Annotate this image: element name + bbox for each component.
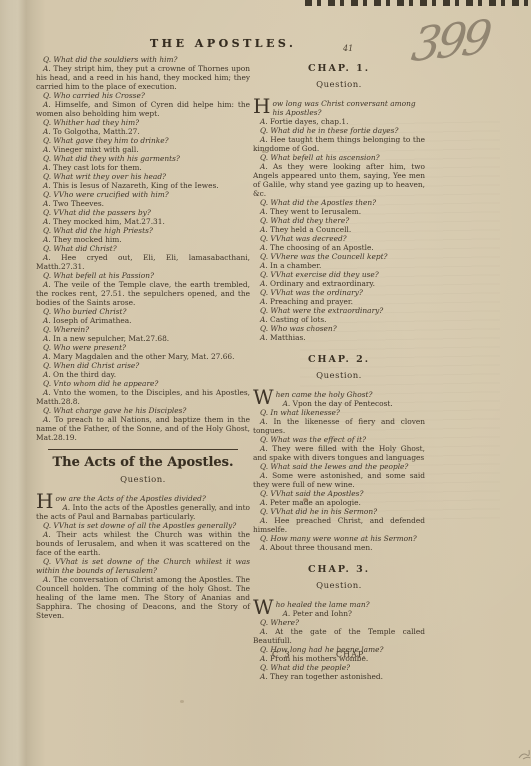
question-line: Q. What did Christ?: [36, 244, 250, 253]
question-line: Q. Who was chosen?: [253, 324, 425, 333]
question-line: Q. Who buried Christ?: [36, 307, 250, 316]
chapter-1-qa-list: How long was Christ conversant among his…: [253, 99, 425, 342]
question-line: Who healed the lame man?: [253, 600, 425, 609]
answer-line: A. Mary Magdalen and the other Mary, Mat…: [36, 352, 250, 361]
question-line: Q. VVhat is set downe of all the Apostle…: [36, 521, 250, 530]
chapter-3-qa-list: Who healed the lame man?A. Peter and Ioh…: [253, 600, 425, 681]
chapter-1-title: CHAP. 1.: [253, 64, 425, 73]
question-line: Q. What said the Iewes and the people?: [253, 462, 425, 471]
answer-line: A. In a chamber.: [253, 261, 425, 270]
answer-line: A. Hee preached Christ, and defended him…: [253, 516, 425, 534]
chapter-2-qa-list: When came the holy Ghost?A. Vpon the day…: [253, 390, 425, 552]
answer-line: A. They went to Ierusalem.: [253, 207, 425, 216]
answer-line: A. Casting of lots.: [253, 315, 425, 324]
answer-line: A. On the third day.: [36, 370, 250, 379]
question-line: Q. What befell at his ascension?: [253, 153, 425, 162]
question-line: Q. What were the extraordinary?: [253, 306, 425, 315]
question-line: Q. In what likenesse?: [253, 408, 425, 417]
question-line: Q. What did the people?: [253, 663, 425, 672]
question-line: Q. What did the souldiers with him?: [36, 55, 250, 64]
answer-line: A. This is Iesus of Nazareth, King of th…: [36, 181, 250, 190]
answer-line: A. Hee cryed out, Eli, Eli, lamasabactha…: [36, 253, 250, 271]
answer-line: A. As they were looking after him, two A…: [253, 162, 425, 198]
question-line: Q. VVhat did the passers by?: [36, 208, 250, 217]
answer-line: A. Matthias.: [253, 333, 425, 342]
answer-line: A. They mocked him.: [36, 235, 250, 244]
question-line: Q. What gave they him to drinke?: [36, 136, 250, 145]
question-line: Q. Whither had they him?: [36, 118, 250, 127]
question-line: Q. What was the effect of it?: [253, 435, 425, 444]
question-line: Q. What did they there?: [253, 216, 425, 225]
answer-line: A. Vnto the women, to the Disciples, and…: [36, 388, 250, 406]
chapter-continuation-qa-list: Q. What did the souldiers with him?A. Th…: [36, 55, 250, 442]
answer-line: A. Vpon the day of Pentecost.: [253, 399, 425, 408]
answer-line: A. They cast lots for them.: [36, 163, 250, 172]
question-line: Q. Wherein?: [36, 325, 250, 334]
adjacent-page-print-edge: [305, 0, 531, 6]
question-line: Q. What befell at his Passion?: [36, 271, 250, 280]
question-line: Q. What did he in these fortie dayes?: [253, 126, 425, 135]
paper-stain: [180, 700, 184, 703]
question-line: Q. Who carried his Crosse?: [36, 91, 250, 100]
section-question-subtitle: Question.: [36, 476, 250, 485]
question-line: Q. VVho were crucified with him?: [36, 190, 250, 199]
chapter-2-title: CHAP. 2.: [253, 355, 425, 364]
question-line: Q. What did they with his garments?: [36, 154, 250, 163]
answer-line: A. Into the acts of the Apostles general…: [36, 503, 250, 521]
left-column: Q. What did the souldiers with him?A. Th…: [36, 55, 250, 620]
signature-mark: C 3: [272, 650, 292, 659]
question-line: Q. VVhat exercise did they use?: [253, 270, 425, 279]
answer-line: A. They stript him, they put a crowne of…: [36, 64, 250, 91]
answer-line: A. In a new sepulcher, Mat.27.68.: [36, 334, 250, 343]
chapter-1: CHAP. 1. Question. How long was Christ c…: [253, 64, 425, 342]
right-column: CHAP. 1. Question. How long was Christ c…: [253, 60, 425, 681]
question-line: Q. VVhat is set downe of the Church whil…: [36, 557, 250, 575]
answer-line: A. They were filled with the Holy Ghost,…: [253, 444, 425, 462]
answer-line: A. They ran together astonished.: [253, 672, 425, 681]
question-line: Q. What charge gave he his Disciples?: [36, 406, 250, 415]
question-line: Q. What writ they over his head?: [36, 172, 250, 181]
question-line: Q. Vnto whom did he appeare?: [36, 379, 250, 388]
question-line: Q. What did the Apostles then?: [253, 198, 425, 207]
question-line: How are the Acts of the Apostles divided…: [36, 494, 250, 503]
drop-cap-initial: H: [36, 494, 55, 509]
handwritten-folio-number: 399: [408, 6, 525, 73]
question-line: Q. VVhat was decreed?: [253, 234, 425, 243]
answer-line: A. Peter made an apologie.: [253, 498, 425, 507]
answer-line: A. To preach to all Nations, and baptize…: [36, 415, 250, 442]
answer-line: A. Ordinary and extraordinary.: [253, 279, 425, 288]
answer-line: A. Fortie dayes, chap.1.: [253, 117, 425, 126]
drop-cap-initial: W: [253, 600, 276, 615]
answer-line: A. Two Theeves.: [36, 199, 250, 208]
corner-ink-mark: [517, 738, 531, 760]
answer-line: A. The conversation of Christ among the …: [36, 575, 250, 620]
answer-line: A. Himselfe, and Simon of Cyren did help…: [36, 100, 250, 118]
question-line: Q. VVhat did he in his Sermon?: [253, 507, 425, 516]
question-line: Q. Who were present?: [36, 343, 250, 352]
question-line: Q. VVhat was the ordinary?: [253, 288, 425, 297]
answer-line: A. To Golgotha, Matth.27.: [36, 127, 250, 136]
section-title: The Acts of the Apostles.: [36, 458, 250, 467]
answer-line: A. In the likenesse of fiery and cloven …: [253, 417, 425, 435]
question-line: Q. What did the high Priests?: [36, 226, 250, 235]
acts-divided-qa-list: How are the Acts of the Apostles divided…: [36, 494, 250, 620]
answer-line: A. The veile of the Temple clave, the ea…: [36, 280, 250, 307]
answer-line: A. Peter and Iohn?: [253, 609, 425, 618]
answer-line: A. Vineger mixt with gall.: [36, 145, 250, 154]
answer-line: A. Ioseph of Arimathea.: [36, 316, 250, 325]
answer-line: A. Hee taught them things belonging to t…: [253, 135, 425, 153]
answer-line: A. Some were astonished, and some said t…: [253, 471, 425, 489]
chapter-3-title: CHAP. 3.: [253, 565, 425, 574]
section-divider-rule: [48, 449, 238, 450]
question-line: Q. VVhere was the Councell kept?: [253, 252, 425, 261]
answer-line: A. They held a Councell.: [253, 225, 425, 234]
answer-line: A. They mocked him, Mat.27.31.: [36, 217, 250, 226]
question-line: Q. VVhat said the Apostles?: [253, 489, 425, 498]
question-line: Q. How many were wonne at his Sermon?: [253, 534, 425, 543]
question-line: Q. Where?: [253, 618, 425, 627]
drop-cap-initial: H: [253, 99, 272, 114]
chapter-3: CHAP. 3. Question. Who healed the lame m…: [253, 565, 425, 681]
chapter-2: CHAP. 2. Question. When came the holy Gh…: [253, 355, 425, 552]
question-line: How long was Christ conversant among his…: [253, 99, 425, 117]
chapter-3-question-subtitle: Question.: [253, 582, 425, 591]
answer-line: A. At the gate of the Temple called Beau…: [253, 627, 425, 645]
chapter-1-question-subtitle: Question.: [253, 81, 425, 90]
answer-line: A. The choosing of an Apostle.: [253, 243, 425, 252]
drop-cap-initial: W: [253, 390, 276, 405]
question-line: Q. When did Christ arise?: [36, 361, 250, 370]
catchword: CHAP.: [336, 650, 366, 659]
chapter-2-question-subtitle: Question.: [253, 372, 425, 381]
page-number: 41: [343, 44, 353, 53]
answer-line: A. Their acts whilest the Church was wit…: [36, 530, 250, 557]
scanned-book-page: THE APOSTLES. 41 399 Q. What did the sou…: [0, 0, 531, 766]
answer-line: A. About three thousand men.: [253, 543, 425, 552]
answer-line: A. Preaching and prayer.: [253, 297, 425, 306]
question-line: When came the holy Ghost?: [253, 390, 425, 399]
running-title: THE APOSTLES.: [150, 37, 296, 50]
